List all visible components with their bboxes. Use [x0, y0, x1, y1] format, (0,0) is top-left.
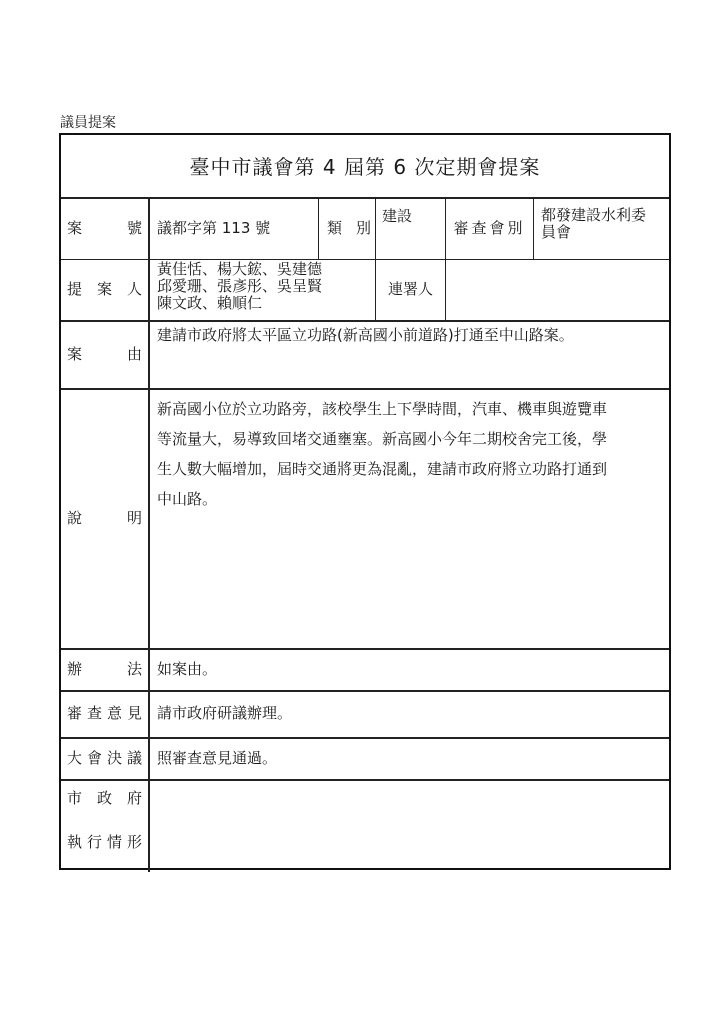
cosigners-value — [446, 259, 670, 320]
gov-execution-label: 市 政 府 執 行 情 形 — [61, 779, 148, 869]
proposer-line: 黃佳恬、楊大鋐、吳建德 — [157, 261, 375, 278]
explanation-line: 中山路。 — [157, 484, 666, 514]
explanation-label: 說 明 — [61, 388, 148, 648]
review-committee-value: 都發建設水利委 員會 — [534, 197, 670, 259]
review-committee-line: 員會 — [541, 224, 670, 241]
subject-label: 案 由 — [61, 320, 148, 388]
assembly-resolution-value: 照審查意見通過。 — [149, 737, 670, 779]
label-char: 大 — [67, 749, 82, 768]
label-char: 案 — [67, 219, 82, 238]
label-char: 提 — [67, 280, 82, 299]
label-char: 見 — [127, 704, 142, 723]
label-char: 執 — [67, 833, 82, 852]
method-value: 如案由。 — [149, 648, 670, 690]
label-char: 說 — [67, 509, 82, 528]
label-char: 意 — [107, 704, 122, 723]
label-char: 辦 — [67, 660, 82, 679]
case-no-value: 議都字第 113 號 — [149, 197, 318, 259]
explanation-value: 新高國小位於立功路旁，該校學生上下學時間，汽車、機車與遊覽車 等流量大，易導致回… — [149, 388, 670, 648]
label-char: 議 — [127, 749, 142, 768]
label-char: 類 — [327, 219, 342, 238]
subject-value: 建請市政府將太平區立功路(新高國小前道路)打通至中山路案。 — [149, 320, 670, 388]
label-char: 查 — [87, 704, 102, 723]
review-committee-label: 審查會別 — [446, 197, 533, 259]
label-char: 號 — [127, 219, 142, 238]
case-no-label: 案 號 — [61, 197, 148, 259]
label-char: 決 — [107, 749, 122, 768]
label-char: 形 — [127, 833, 142, 852]
label-char: 情 — [107, 833, 122, 852]
proposer-line: 邱愛珊、張彥彤、吳呈賢 — [157, 278, 375, 295]
label-char: 由 — [127, 345, 142, 364]
label-char: 會 — [87, 749, 102, 768]
label-char: 案 — [67, 345, 82, 364]
explanation-line: 新高國小位於立功路旁，該校學生上下學時間，汽車、機車與遊覽車 — [157, 394, 666, 424]
proposer-line: 陳文政、賴順仁 — [157, 295, 375, 312]
cosigners-label: 連署人 — [376, 259, 445, 320]
label-char: 法 — [127, 660, 142, 679]
label-char: 政 — [97, 789, 112, 833]
method-label: 辦 法 — [61, 648, 148, 690]
document-header-label: 議員提案 — [60, 112, 116, 132]
review-opinion-label: 審 查 意 見 — [61, 690, 148, 737]
gov-execution-label-line2: 執 行 情 形 — [67, 833, 142, 852]
gov-execution-label-line1: 市 政 府 — [67, 789, 142, 833]
proposers-value: 黃佳恬、楊大鋐、吳建德 邱愛珊、張彥彤、吳呈賢 陳文政、賴順仁 — [149, 259, 375, 320]
label-char: 明 — [127, 509, 142, 528]
review-opinion-value: 請市政府研議辦理。 — [149, 690, 670, 737]
explanation-line: 生人數大幅增加，屆時交通將更為混亂，建請市政府將立功路打通到 — [157, 454, 666, 484]
label-char: 別 — [356, 219, 371, 238]
review-committee-line: 都發建設水利委 — [541, 207, 670, 224]
label-char: 人 — [127, 280, 142, 299]
category-label: 類 別 — [319, 197, 375, 259]
form-title: 臺中市議會第 4 屆第 6 次定期會提案 — [61, 135, 669, 199]
label-char: 行 — [87, 833, 102, 852]
label-char: 市 — [67, 789, 82, 833]
explanation-line: 等流量大，易導致回堵交通壅塞。新高國小今年二期校舍完工後，學 — [157, 424, 666, 454]
assembly-resolution-label: 大 會 決 議 — [61, 737, 148, 779]
proposers-label: 提 案 人 — [61, 259, 148, 320]
label-char: 審 — [67, 704, 82, 723]
category-value: 建設 — [376, 197, 445, 259]
label-char: 府 — [127, 789, 142, 833]
gov-execution-value — [149, 779, 670, 869]
proposal-form: 臺中市議會第 4 屆第 6 次定期會提案 案 號 議都字第 113 號 類 別 … — [59, 133, 671, 870]
label-char: 案 — [97, 280, 112, 299]
